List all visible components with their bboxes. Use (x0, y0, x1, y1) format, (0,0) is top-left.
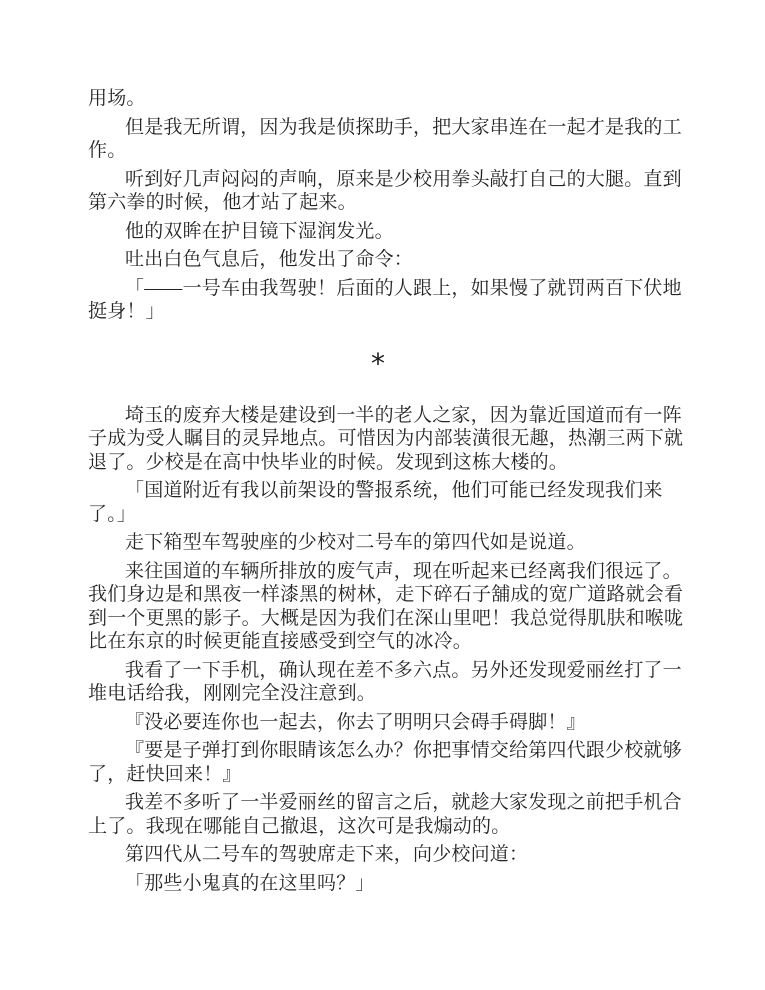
section-separator: * (76, 324, 680, 404)
text-line: 『要是子弹打到你眼睛该怎么办？你把事情交给第四代跟少校就够 (88, 739, 692, 763)
text-line: 但是我无所谓，因为我是侦探助手，把大家串连在一起才是我的工 (88, 116, 692, 140)
text-line: 到一个更黑的影子。大概是因为我们在深山里吧！我总觉得肌肤和喉咙 (88, 607, 692, 631)
text-line: 「那些小鬼真的在这里吗？」 (88, 872, 692, 896)
text-line: 他的双眸在护目镜下湿润发光。 (88, 220, 692, 244)
text-line: 比在东京的时候更能直接感受到空气的冰冷。 (88, 630, 692, 654)
paragraph: 来往国道的车辆所排放的废气声，现在听起来已经离我们很远了。我们身边是和黑夜一样漆… (88, 560, 692, 654)
text-line: 我们身边是和黑夜一样漆黑的树林，走下碎石子舖成的宽广道路就会看 (88, 583, 692, 607)
paragraph: 但是我无所谓，因为我是侦探助手，把大家串连在一起才是我的工作。 (88, 116, 692, 163)
paragraph: 听到好几声闷闷的声响，原来是少校用拳头敲打自己的大腿。直到第六拳的时候，他才站了… (88, 168, 692, 215)
paragraph: 「那些小鬼真的在这里吗？」 (88, 872, 692, 896)
paragraph: 走下箱型车驾驶座的少校对二号车的第四代如是说道。 (88, 531, 692, 555)
text-line: 了。」 (88, 503, 692, 527)
text-line: 听到好几声闷闷的声响，原来是少校用拳头敲打自己的大腿。直到 (88, 168, 692, 192)
novel-page: 用场。但是我无所谓，因为我是侦探助手，把大家串连在一起才是我的工作。听到好几声闷… (0, 0, 765, 990)
paragraph: 「国道附近有我以前架设的警报系统，他们可能已经发现我们来了。」 (88, 479, 692, 526)
text-line: 退了。少校是在高中快毕业的时候。发现到这栋大楼的。 (88, 451, 692, 475)
text-line: 了，赶快回来！』 (88, 763, 692, 787)
text-column: 用场。但是我无所谓，因为我是侦探助手，把大家串连在一起才是我的工作。听到好几声闷… (88, 87, 692, 895)
paragraph: 我看了一下手机，确认现在差不多六点。另外还发现爱丽丝打了一堆电话给我，刚刚完全没… (88, 659, 692, 706)
text-line: 我差不多听了一半爱丽丝的留言之后，就趁大家发现之前把手机合 (88, 791, 692, 815)
paragraph: 他的双眸在护目镜下湿润发光。 (88, 220, 692, 244)
paragraph: 第四代从二号车的驾驶席走下来，向少校问道： (88, 843, 692, 867)
text-line: 上了。我现在哪能自己撤退，这次可是我煽动的。 (88, 815, 692, 839)
paragraph: 埼玉的废弃大楼是建设到一半的老人之家，因为靠近国道而有一阵子成为受人瞩目的灵异地… (88, 404, 692, 475)
text-line: 来往国道的车辆所排放的废气声，现在听起来已经离我们很远了。 (88, 560, 692, 584)
text-line: 「――一号车由我驾驶！后面的人跟上，如果慢了就罚两百下伏地 (88, 277, 692, 301)
text-line: 埼玉的废弃大楼是建设到一半的老人之家，因为靠近国道而有一阵 (88, 404, 692, 428)
paragraph: 我差不多听了一半爱丽丝的留言之后，就趁大家发现之前把手机合上了。我现在哪能自己撤… (88, 791, 692, 838)
asterisk-separator-glyph: * (371, 347, 385, 380)
paragraph: 『要是子弹打到你眼睛该怎么办？你把事情交给第四代跟少校就够了，赶快回来！』 (88, 739, 692, 786)
text-line: 走下箱型车驾驶座的少校对二号车的第四代如是说道。 (88, 531, 692, 555)
text-line: 子成为受人瞩目的灵异地点。可惜因为内部装潢很无趣，热潮三两下就 (88, 427, 692, 451)
text-line: 用场。 (88, 87, 692, 111)
text-line: 『没必要连你也一起去，你去了明明只会碍手碍脚！』 (88, 711, 692, 735)
paragraph: 吐出白色气息后，他发出了命令： (88, 248, 692, 272)
text-line: 我看了一下手机，确认现在差不多六点。另外还发现爱丽丝打了一 (88, 659, 692, 683)
paragraph: 『没必要连你也一起去，你去了明明只会碍手碍脚！』 (88, 711, 692, 735)
text-line: 第六拳的时候，他才站了起来。 (88, 191, 692, 215)
text-line: 第四代从二号车的驾驶席走下来，向少校问道： (88, 843, 692, 867)
text-line: 挺身！」 (88, 300, 692, 324)
text-line: 作。 (88, 139, 692, 163)
text-line: 堆电话给我，刚刚完全没注意到。 (88, 682, 692, 706)
paragraph: 用场。 (88, 87, 692, 111)
text-line: 吐出白色气息后，他发出了命令： (88, 248, 692, 272)
paragraph: 「――一号车由我驾驶！后面的人跟上，如果慢了就罚两百下伏地挺身！」 (88, 277, 692, 324)
text-line: 「国道附近有我以前架设的警报系统，他们可能已经发现我们来 (88, 479, 692, 503)
